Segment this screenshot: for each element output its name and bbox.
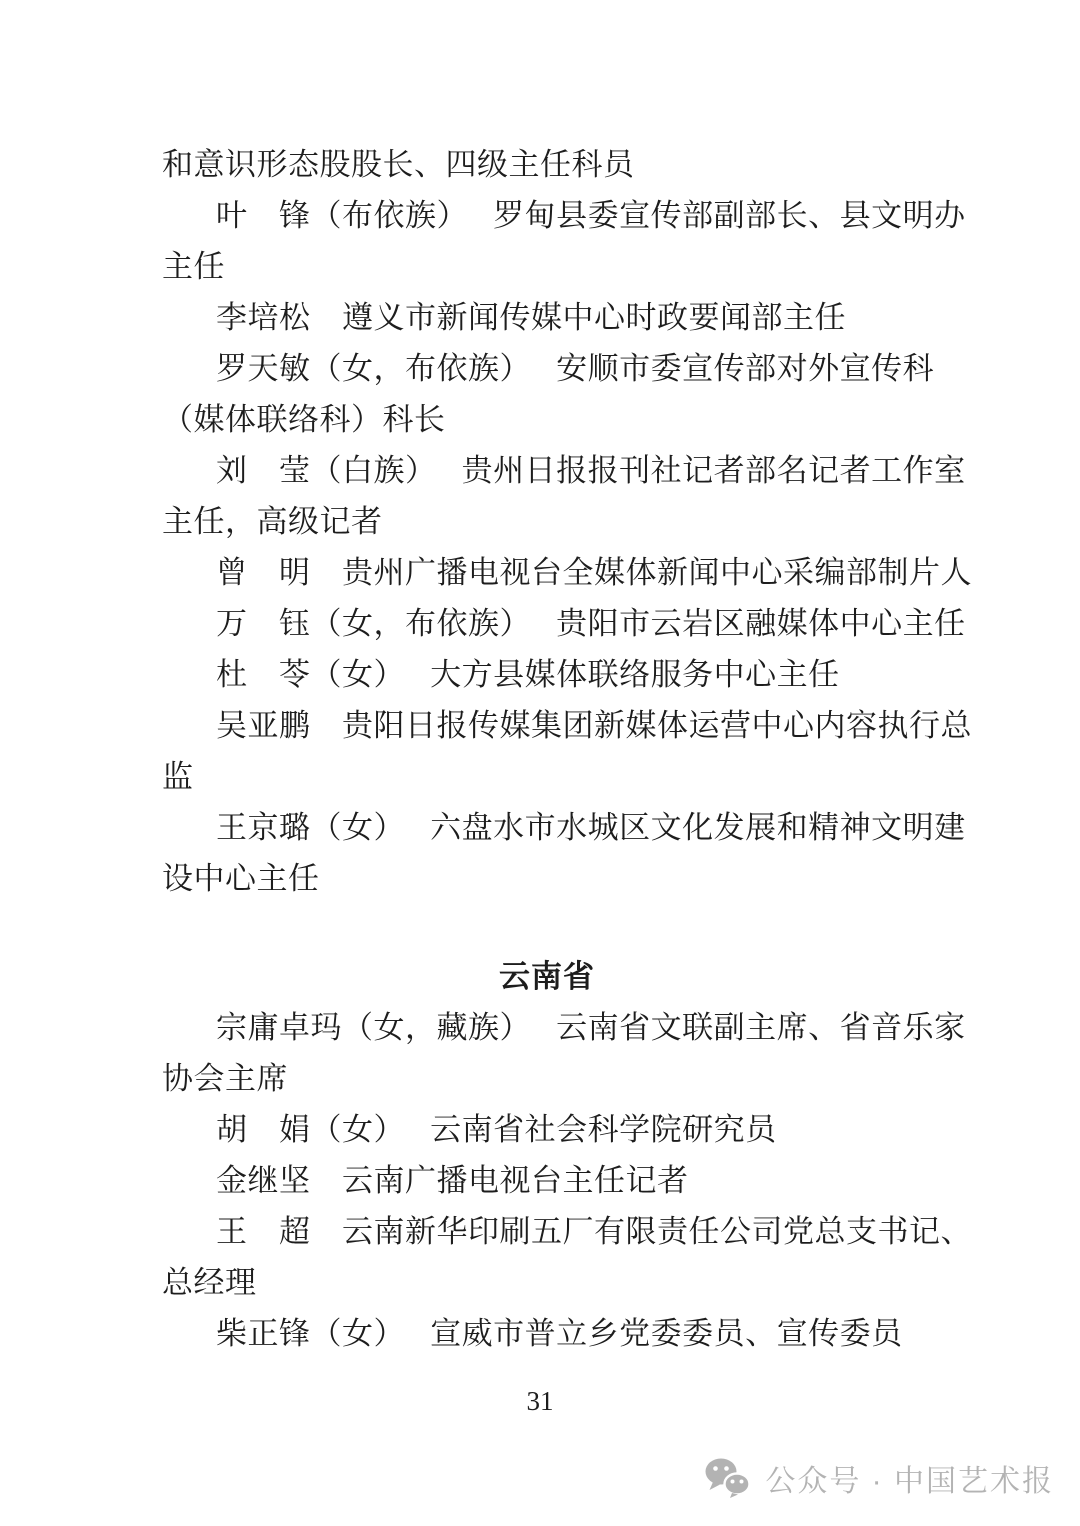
wechat-watermark: 公众号 · 中国艺术报	[704, 1456, 1054, 1500]
text-line: 吴亚鹏 贵阳日报传媒集团新媒体运营中心内容执行总	[162, 700, 932, 751]
page-number: 31	[0, 1386, 1080, 1417]
text-line: 胡 娟（女） 云南省社会科学院研究员	[162, 1104, 932, 1155]
text-line: 主任，高级记者	[162, 496, 932, 547]
text-line: 和意识形态股股长、四级主任科员	[162, 139, 932, 190]
text-line: 宗庸卓玛（女，藏族） 云南省文联副主席、省音乐家	[162, 1002, 932, 1053]
text-line: 协会主席	[162, 1053, 932, 1104]
wechat-icon	[704, 1457, 752, 1499]
text-line: 监	[162, 751, 932, 802]
text-line: 总经理	[162, 1257, 932, 1308]
text-line: 王京璐（女） 六盘水市水城区文化发展和精神文明建	[162, 802, 932, 853]
text-line: 柴正锋（女） 宣威市普立乡党委委员、宣传委员	[162, 1308, 932, 1359]
text-line: 杜 苓（女） 大方县媒体联络服务中心主任	[162, 649, 932, 700]
watermark-label: 公众号 · 中国艺术报	[765, 1456, 1054, 1500]
document-body: 和意识形态股股长、四级主任科员叶 锋（布依族） 罗甸县委宣传部副部长、县文明办主…	[0, 0, 1080, 1359]
text-line: 叶 锋（布依族） 罗甸县委宣传部副部长、县文明办	[162, 190, 932, 241]
text-line: 罗天敏（女，布依族） 安顺市委宣传部对外宣传科	[162, 343, 932, 394]
text-line: 设中心主任	[162, 853, 932, 904]
text-line: 金继坚 云南广播电视台主任记者	[162, 1155, 932, 1206]
text-line: 王 超 云南新华印刷五厂有限责任公司党总支书记、	[162, 1206, 932, 1257]
text-line: （媒体联络科）科长	[162, 394, 932, 445]
section-heading: 云南省	[162, 951, 932, 1002]
text-line: 刘 莹（白族） 贵州日报报刊社记者部名记者工作室	[162, 445, 932, 496]
text-line: 万 钰（女，布依族） 贵阳市云岩区融媒体中心主任	[162, 598, 932, 649]
text-line	[162, 904, 932, 951]
document-page: 和意识形态股股长、四级主任科员叶 锋（布依族） 罗甸县委宣传部副部长、县文明办主…	[0, 0, 1080, 1526]
text-line: 曾 明 贵州广播电视台全媒体新闻中心采编部制片人	[162, 547, 932, 598]
text-line: 李培松 遵义市新闻传媒中心时政要闻部主任	[162, 292, 932, 343]
text-line: 主任	[162, 241, 932, 292]
